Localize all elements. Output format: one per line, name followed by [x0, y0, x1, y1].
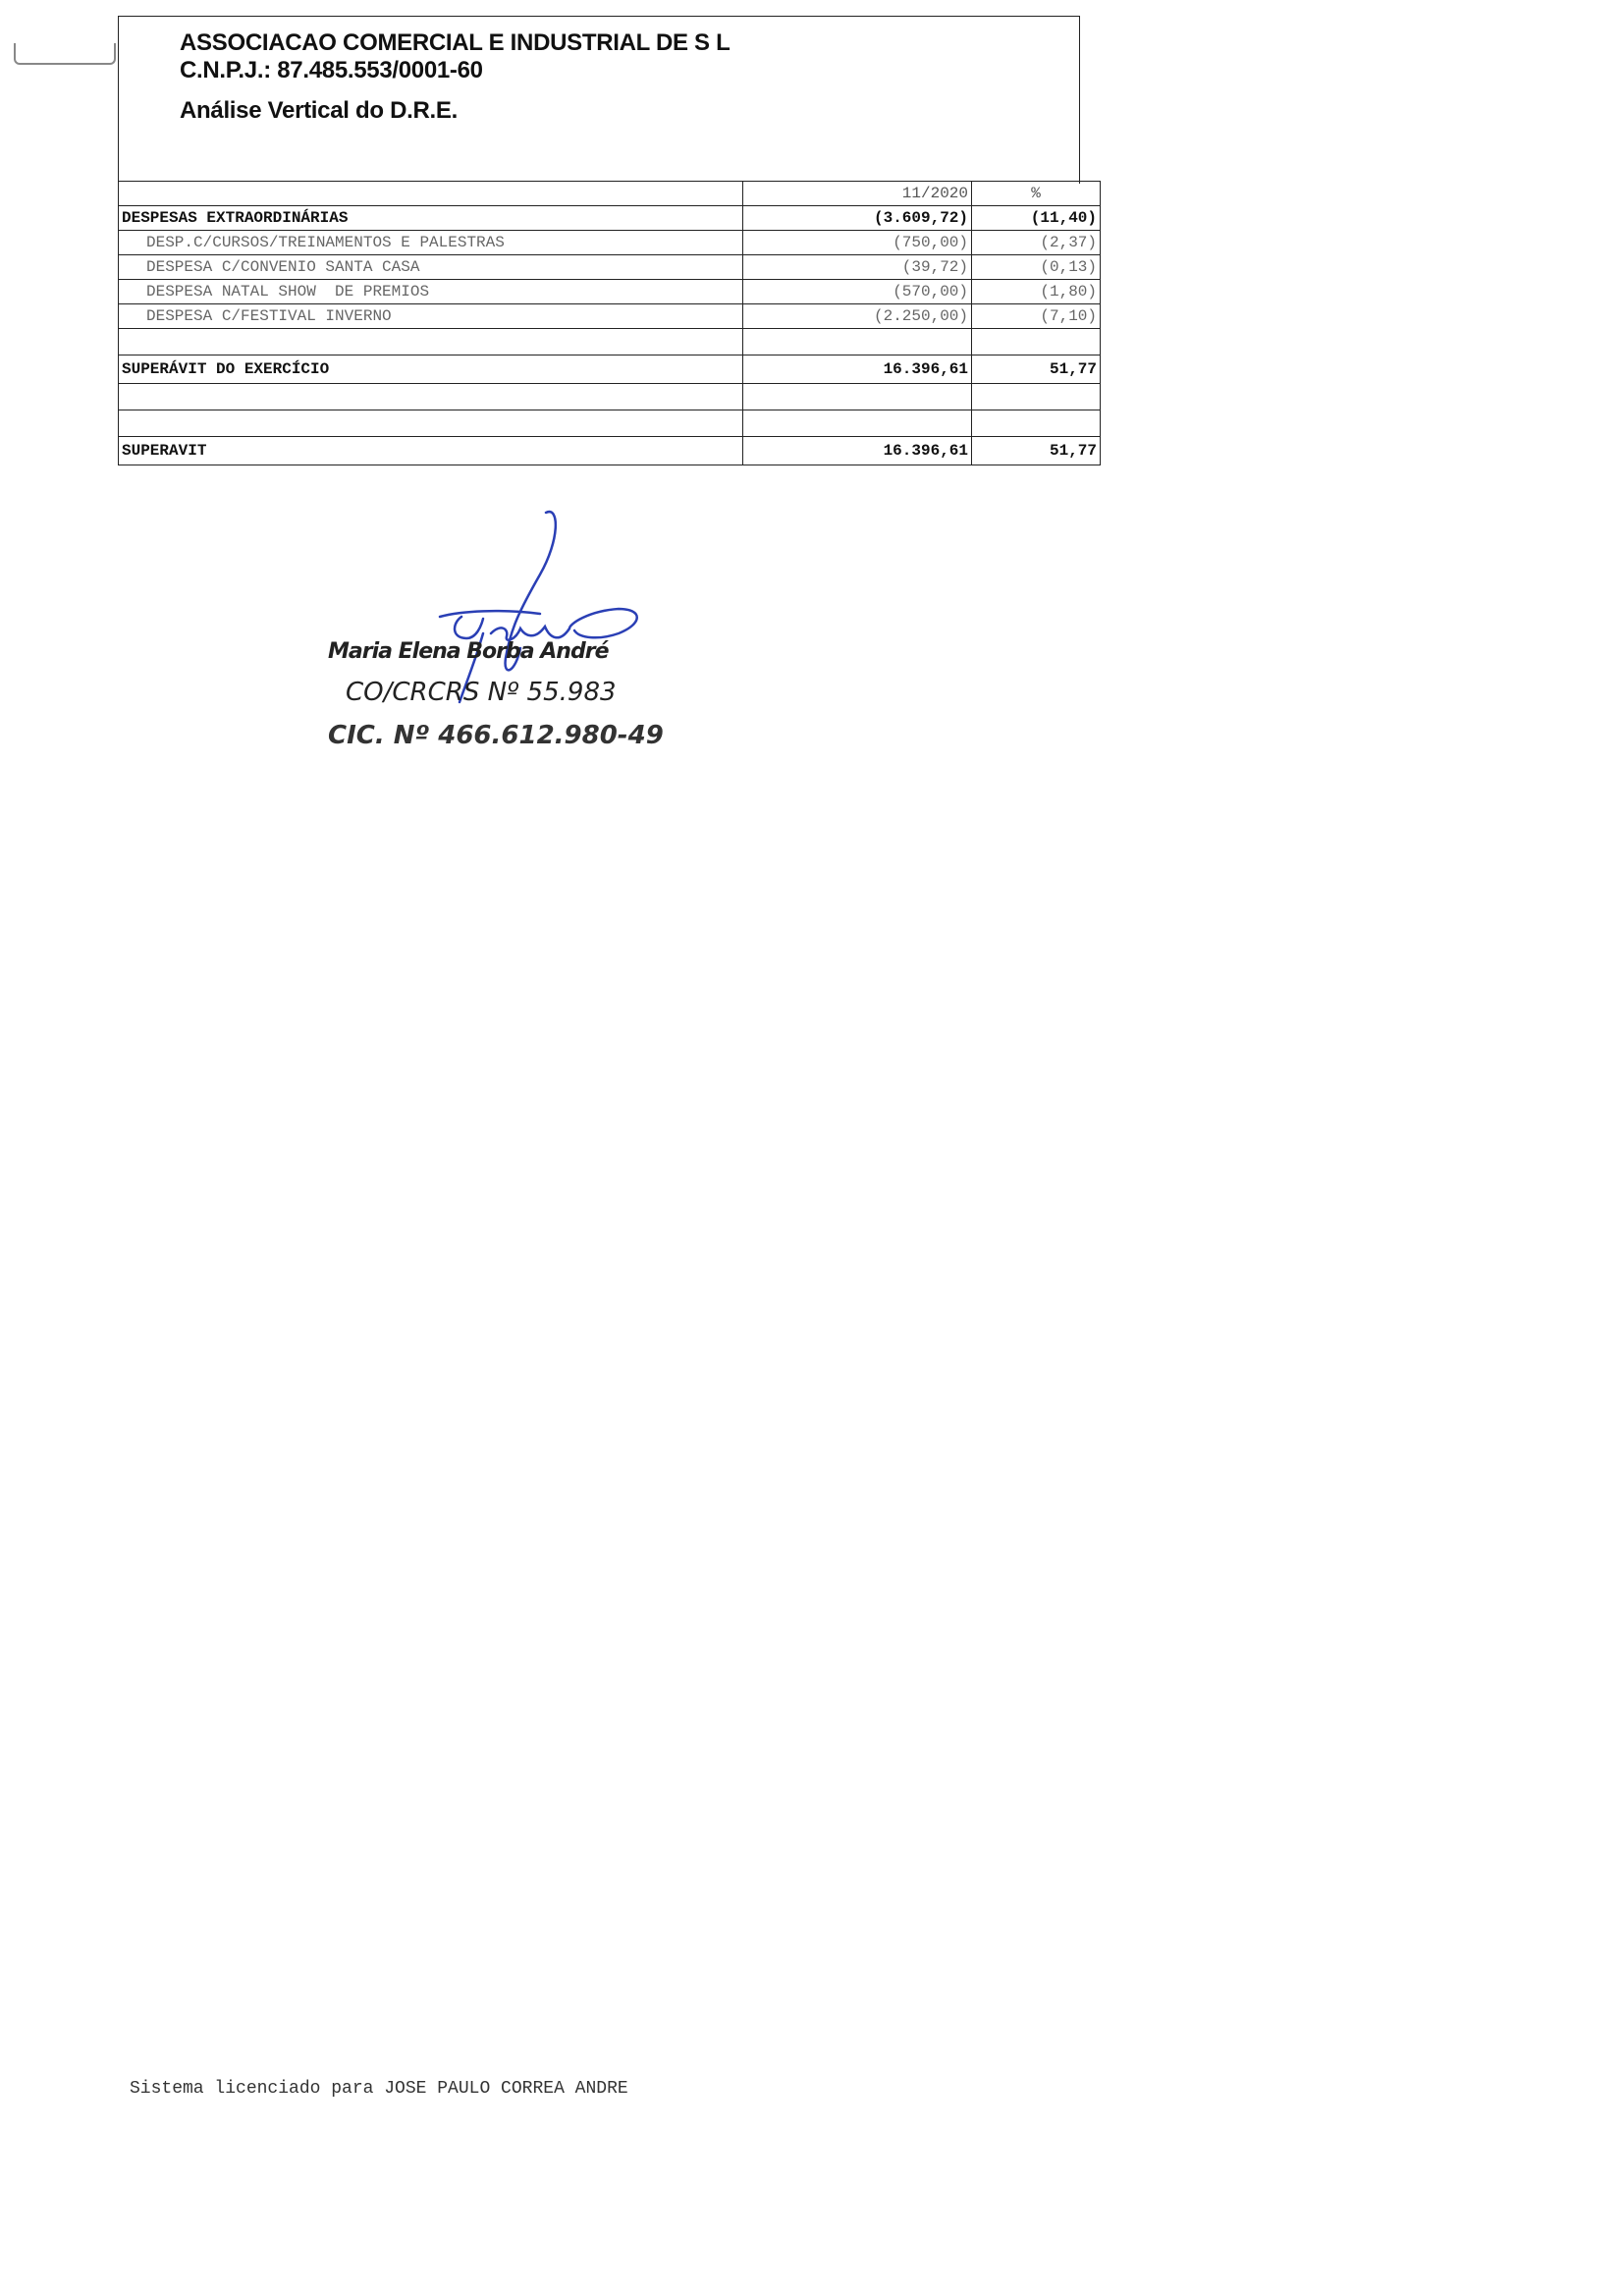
empty-cell — [119, 410, 743, 437]
staple-mark — [14, 51, 116, 65]
signer-name: Maria Elena Borba André — [328, 639, 608, 664]
header-percent: % — [972, 182, 1101, 206]
row-value: 16.396,61 — [743, 437, 972, 465]
empty-cell — [972, 329, 1101, 355]
table-row: DESPESA C/CONVENIO SANTA CASA (39,72) (0… — [119, 255, 1101, 280]
header-period: 11/2020 — [743, 182, 972, 206]
table-row: DESPESA NATAL SHOW DE PREMIOS (570,00) (… — [119, 280, 1101, 304]
row-label: DESPESAS EXTRAORDINÁRIAS — [119, 206, 743, 231]
row-value: (3.609,72) — [743, 206, 972, 231]
row-percent: (11,40) — [972, 206, 1101, 231]
empty-cell — [743, 329, 972, 355]
row-value: (2.250,00) — [743, 304, 972, 329]
empty-cell — [119, 329, 743, 355]
row-value: (570,00) — [743, 280, 972, 304]
empty-cell — [119, 384, 743, 410]
table-row: DESP.C/CURSOS/TREINAMENTOS E PALESTRAS (… — [119, 231, 1101, 255]
company-cnpj: C.N.P.J.: 87.485.553/0001-60 — [180, 57, 483, 84]
row-percent: 51,77 — [972, 437, 1101, 465]
row-percent: 51,77 — [972, 355, 1101, 384]
row-value: (39,72) — [743, 255, 972, 280]
table-row-empty — [119, 384, 1101, 410]
row-percent: (7,10) — [972, 304, 1101, 329]
row-label: DESP.C/CURSOS/TREINAMENTOS E PALESTRAS — [119, 231, 743, 255]
empty-cell — [972, 410, 1101, 437]
table-row: DESPESA C/FESTIVAL INVERNO (2.250,00) (7… — [119, 304, 1101, 329]
row-percent: (2,37) — [972, 231, 1101, 255]
row-percent: (0,13) — [972, 255, 1101, 280]
row-label: DESPESA NATAL SHOW DE PREMIOS — [119, 280, 743, 304]
signer-id-number: CIC. Nº 466.612.980-49 — [328, 721, 664, 750]
table-row: SUPERÁVIT DO EXERCÍCIO 16.396,61 51,77 — [119, 355, 1101, 384]
handwritten-signature-icon — [422, 501, 668, 756]
table-row-empty — [119, 329, 1101, 355]
company-name: ASSOCIACAO COMERCIAL E INDUSTRIAL DE S L — [180, 29, 731, 57]
row-label: SUPERÁVIT DO EXERCÍCIO — [119, 355, 743, 384]
report-title: Análise Vertical do D.R.E. — [180, 97, 458, 125]
row-value: 16.396,61 — [743, 355, 972, 384]
empty-cell — [972, 384, 1101, 410]
license-footer: Sistema licenciado para JOSE PAULO CORRE… — [130, 2079, 628, 2099]
dre-vertical-analysis-table: 11/2020 % DESPESAS EXTRAORDINÁRIAS (3.60… — [118, 181, 1101, 465]
row-label: DESPESA C/CONVENIO SANTA CASA — [119, 255, 743, 280]
signer-registration: CO/CRCRS Nº 55.983 — [346, 678, 617, 707]
table-row: DESPESAS EXTRAORDINÁRIAS (3.609,72) (11,… — [119, 206, 1101, 231]
empty-cell — [743, 384, 972, 410]
row-percent: (1,80) — [972, 280, 1101, 304]
row-label: SUPERAVIT — [119, 437, 743, 465]
table-row: SUPERAVIT 16.396,61 51,77 — [119, 437, 1101, 465]
empty-cell — [743, 410, 972, 437]
row-value: (750,00) — [743, 231, 972, 255]
row-label: DESPESA C/FESTIVAL INVERNO — [119, 304, 743, 329]
header-label-cell — [119, 182, 743, 206]
table-row-empty — [119, 410, 1101, 437]
table-header-row: 11/2020 % — [119, 182, 1101, 206]
